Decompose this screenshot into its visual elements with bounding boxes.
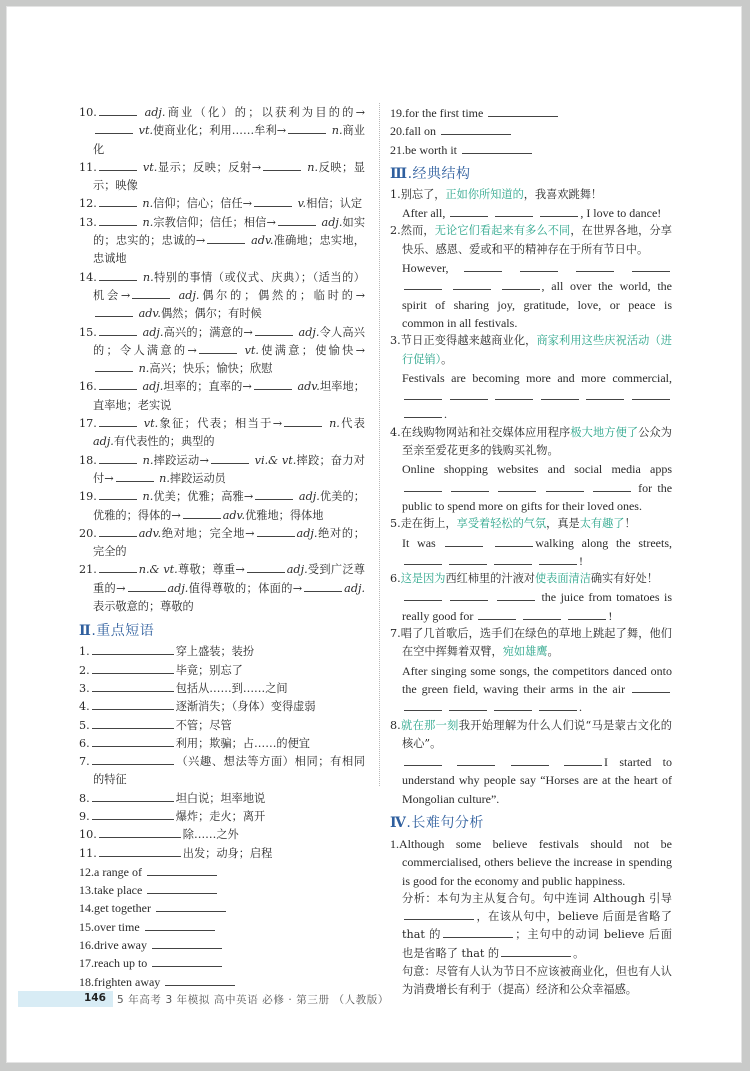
structure-answer: However, , all over the world, the spiri… <box>390 259 672 332</box>
phrase-item: 8.坦白说；坦率地说 <box>79 790 365 808</box>
answer-blank[interactable] <box>99 845 181 857</box>
answer-blank[interactable] <box>494 553 532 565</box>
answer-blank[interactable] <box>255 488 293 500</box>
answer-blank[interactable] <box>255 324 293 336</box>
answer-blank[interactable] <box>207 232 245 244</box>
phrase-item: 13.take place <box>79 881 365 899</box>
structure-item: 4.在线购物网站和社交媒体应用程序极大地方便了公众为至亲至爱花更多的钱购买礼物。 <box>390 424 672 461</box>
answer-blank[interactable] <box>523 608 561 620</box>
phrase-item: 2.毕竟；别忘了 <box>79 662 365 680</box>
answer-blank[interactable] <box>95 122 133 134</box>
phrase-item: 3.包括从……到……之间 <box>79 680 365 698</box>
answer-blank[interactable] <box>404 699 442 711</box>
answer-blank[interactable] <box>92 735 174 747</box>
structure-item: 6.这是因为西红柿里的汁液对使表面清洁确实有好处！ <box>390 570 672 588</box>
phrase-item: 11.出发；动身；启程 <box>79 845 365 863</box>
answer-blank[interactable] <box>404 278 442 290</box>
structure-item: 2.然而，无论它们看起来有多么不同，在世界各地，分享快乐、感恩、爱或和平的精神存… <box>390 222 672 259</box>
analysis-text: 分析：本句为主从复合句。句中连词 Although 引导，在该从句中，belie… <box>390 890 672 963</box>
answer-blank[interactable] <box>247 561 285 573</box>
structure-answer: After all, , I love to dance! <box>390 204 672 222</box>
answer-blank[interactable] <box>92 698 174 710</box>
answer-blank[interactable] <box>404 908 474 920</box>
column-divider <box>379 103 380 786</box>
page-number: 146 <box>84 992 106 1004</box>
answer-blank[interactable] <box>99 561 137 573</box>
answer-blank[interactable] <box>586 388 624 400</box>
answer-blank[interactable] <box>99 525 137 537</box>
answer-blank[interactable] <box>99 324 137 336</box>
answer-blank[interactable] <box>495 388 533 400</box>
answer-blank[interactable] <box>152 937 222 949</box>
answer-blank[interactable] <box>304 580 342 592</box>
answer-blank[interactable] <box>441 123 511 135</box>
answer-blank[interactable] <box>451 480 489 492</box>
answer-blank[interactable] <box>404 589 442 601</box>
book-title: 5 年高考 3 年模拟 高中英语 必修 · 第三册 （人教版） <box>117 992 389 1007</box>
vocab-item: 12. n.信仰；信心；信任→ v.相信；认定 <box>79 195 365 213</box>
answer-blank[interactable] <box>450 388 488 400</box>
structure-item: 8.就在那一刻我开始理解为什么人们说“马是蒙古文化的核心”。 <box>390 717 672 754</box>
answer-blank[interactable] <box>520 260 558 272</box>
phrase-item: 17.reach up to <box>79 954 365 972</box>
answer-blank[interactable] <box>404 553 442 565</box>
answer-blank[interactable] <box>593 480 631 492</box>
answer-blank[interactable] <box>145 919 215 931</box>
answer-blank[interactable] <box>494 699 532 711</box>
section-title-key-phrases: Ⅱ.重点短语 <box>79 620 365 642</box>
textbook-page: 10. adj.商业（化）的；以获利为目的的→ vt.使商业化；利用……牟利→ … <box>6 6 742 1063</box>
answer-blank[interactable] <box>254 378 292 390</box>
answer-blank[interactable] <box>99 826 181 838</box>
answer-blank[interactable] <box>99 214 137 226</box>
structure-answer: It was walking along the streets, ! <box>390 534 672 571</box>
answer-blank[interactable] <box>288 122 326 134</box>
page-footer: 146 5 年高考 3 年模拟 高中英语 必修 · 第三册 （人教版） <box>13 991 749 1007</box>
phrase-item: 19.for the first time <box>390 104 672 122</box>
answer-blank[interactable] <box>449 553 487 565</box>
answer-blank[interactable] <box>546 480 584 492</box>
answer-blank[interactable] <box>92 808 174 820</box>
answer-blank[interactable] <box>449 699 487 711</box>
answer-blank[interactable] <box>450 205 488 217</box>
answer-blank[interactable] <box>568 608 606 620</box>
left-column: 10. adj.商业（化）的；以获利为目的的→ vt.使商业化；利用……牟利→ … <box>79 104 365 991</box>
structure-item: 5.走在街上，享受着轻松的气氛，真是太有趣了！ <box>390 515 672 533</box>
vocab-item: 17. vt.象征；代表；相当于→ n.代表 adj.有代表性的；典型的 <box>79 415 365 452</box>
answer-blank[interactable] <box>284 415 322 427</box>
answer-blank[interactable] <box>497 589 535 601</box>
answer-blank[interactable] <box>453 278 491 290</box>
vocab-item: 21.n.& vt.尊敬；尊重→adj.受到广泛尊重的→adj.值得尊敬的；体面… <box>79 561 365 616</box>
answer-blank[interactable] <box>116 470 154 482</box>
answer-blank[interactable] <box>99 195 137 207</box>
answer-blank[interactable] <box>488 105 558 117</box>
phrase-item: 21.be worth it <box>390 141 672 159</box>
answer-blank[interactable] <box>540 205 578 217</box>
structure-answer: After singing some songs, the competitor… <box>390 662 672 717</box>
answer-blank[interactable] <box>99 104 137 116</box>
answer-blank[interactable] <box>211 452 249 464</box>
phrase-item: 10.除……之外 <box>79 826 365 844</box>
answer-blank[interactable] <box>478 608 516 620</box>
answer-blank[interactable] <box>464 260 502 272</box>
answer-blank[interactable] <box>502 278 540 290</box>
answer-blank[interactable] <box>404 406 442 418</box>
vocab-item: 18. n.摔跤运动→ vi.& vt.摔跤；奋力对付→ n.摔跤运动员 <box>79 452 365 489</box>
structure-item: 7.唱了几首歌后，选手们在绿色的草地上跳起了舞，他们在空中挥舞着双臂，宛如雄鹰。 <box>390 625 672 662</box>
section-title-long-sentence-analysis: Ⅳ.长难句分析 <box>390 812 672 834</box>
vocab-item: 16. adj.坦率的；直率的→ adv.坦率地；直率地；老实说 <box>79 378 365 415</box>
answer-blank[interactable] <box>128 580 166 592</box>
answer-blank[interactable] <box>95 360 133 372</box>
answer-blank[interactable] <box>462 142 532 154</box>
answer-blank[interactable] <box>443 926 513 938</box>
structure-item: 3.节日正变得越来越商业化，商家利用这些庆祝活动（进行促销）。 <box>390 332 672 369</box>
answer-blank[interactable] <box>147 882 217 894</box>
answer-blank[interactable] <box>183 507 221 519</box>
answer-blank[interactable] <box>92 753 174 765</box>
answer-blank[interactable] <box>564 754 602 766</box>
answer-blank[interactable] <box>404 388 442 400</box>
answer-blank[interactable] <box>99 452 137 464</box>
phrase-item: 7.（兴趣、想法等方面）相同；有相同的特征 <box>79 753 365 790</box>
answer-blank[interactable] <box>576 260 614 272</box>
answer-blank[interactable] <box>147 864 217 876</box>
answer-blank[interactable] <box>254 195 292 207</box>
phrase-item: 6.利用；欺骗；占……的便宜 <box>79 735 365 753</box>
phrase-item: 16.drive away <box>79 936 365 954</box>
answer-blank[interactable] <box>99 488 137 500</box>
phrase-item: 9.爆炸；走火；离开 <box>79 808 365 826</box>
answer-blank[interactable] <box>257 525 295 537</box>
answer-blank[interactable] <box>404 480 442 492</box>
answer-blank[interactable] <box>501 945 571 957</box>
answer-blank[interactable] <box>539 699 577 711</box>
answer-blank[interactable] <box>450 589 488 601</box>
phrase-item: 18.frighten away <box>79 973 365 991</box>
vocab-item: 15. adj.高兴的；满意的→ adj.令人高兴的；令人满意的→ vt.使满意… <box>79 324 365 379</box>
answer-blank[interactable] <box>132 287 170 299</box>
answer-blank[interactable] <box>99 378 137 390</box>
vocab-item: 13. n.宗教信仰；信任；相信→ adj.如实的；忠实的；忠诚的→ adv.准… <box>79 214 365 269</box>
answer-blank[interactable] <box>498 480 536 492</box>
answer-blank[interactable] <box>445 535 483 547</box>
answer-blank[interactable] <box>165 974 235 986</box>
answer-blank[interactable] <box>152 955 222 967</box>
answer-blank[interactable] <box>539 553 577 565</box>
analysis-sentence: 1.Although some believe festivals should… <box>390 835 672 890</box>
phrase-item: 14.get together <box>79 899 365 917</box>
phrase-item: 15.over time <box>79 918 365 936</box>
phrase-item: 12.a range of <box>79 863 365 881</box>
answer-blank[interactable] <box>541 388 579 400</box>
answer-blank[interactable] <box>199 342 237 354</box>
answer-blank[interactable] <box>92 643 174 655</box>
vocab-item: 11. vt.显示；反映；反射→ n.反映；显示；映像 <box>79 159 365 196</box>
answer-blank[interactable] <box>404 754 442 766</box>
structure-answer: I started to understand why people say “… <box>390 753 672 808</box>
vocab-item: 14. n.特别的事情（或仪式、庆典）；（适当的）机会→ adj.偶尔的；偶然的… <box>79 269 365 324</box>
vocab-item: 19. n.优美；优雅；高雅→ adj.优美的；优雅的；得体的→adv.优雅地；… <box>79 488 365 525</box>
vocab-item: 10. adj.商业（化）的；以获利为目的的→ vt.使商业化；利用……牟利→ … <box>79 104 365 159</box>
answer-blank[interactable] <box>511 754 549 766</box>
answer-blank[interactable] <box>92 717 174 729</box>
right-column: 19.for the first time 20.fall on 21.be w… <box>390 104 672 1000</box>
answer-blank[interactable] <box>632 260 670 272</box>
vocab-item: 20.adv.绝对地；完全地→adj.绝对的；完全的 <box>79 525 365 562</box>
answer-blank[interactable] <box>632 681 670 693</box>
phrase-item: 20.fall on <box>390 122 672 140</box>
answer-blank[interactable] <box>92 680 174 692</box>
answer-blank[interactable] <box>495 535 533 547</box>
answer-blank[interactable] <box>99 415 137 427</box>
answer-blank[interactable] <box>156 900 226 912</box>
answer-blank[interactable] <box>457 754 495 766</box>
answer-blank[interactable] <box>92 662 174 674</box>
structure-item: 1.别忘了，正如你所知道的，我喜欢跳舞！ <box>390 186 672 204</box>
answer-blank[interactable] <box>632 388 670 400</box>
structure-answer: Online shopping websites and social medi… <box>390 460 672 515</box>
phrase-item: 4.逐渐消失；（身体）变得虚弱 <box>79 698 365 716</box>
answer-blank[interactable] <box>263 159 301 171</box>
answer-blank[interactable] <box>278 214 316 226</box>
structure-answer: the juice from tomatoes is really good f… <box>390 588 672 625</box>
answer-blank[interactable] <box>95 305 133 317</box>
answer-blank[interactable] <box>495 205 533 217</box>
phrase-item: 1.穿上盛装；装扮 <box>79 643 365 661</box>
section-title-classic-structures: Ⅲ.经典结构 <box>390 163 672 185</box>
phrase-item: 5.不管；尽管 <box>79 717 365 735</box>
answer-blank[interactable] <box>99 269 137 281</box>
answer-blank[interactable] <box>92 790 174 802</box>
structure-answer: Festivals are becoming more and more com… <box>390 369 672 424</box>
answer-blank[interactable] <box>99 159 137 171</box>
